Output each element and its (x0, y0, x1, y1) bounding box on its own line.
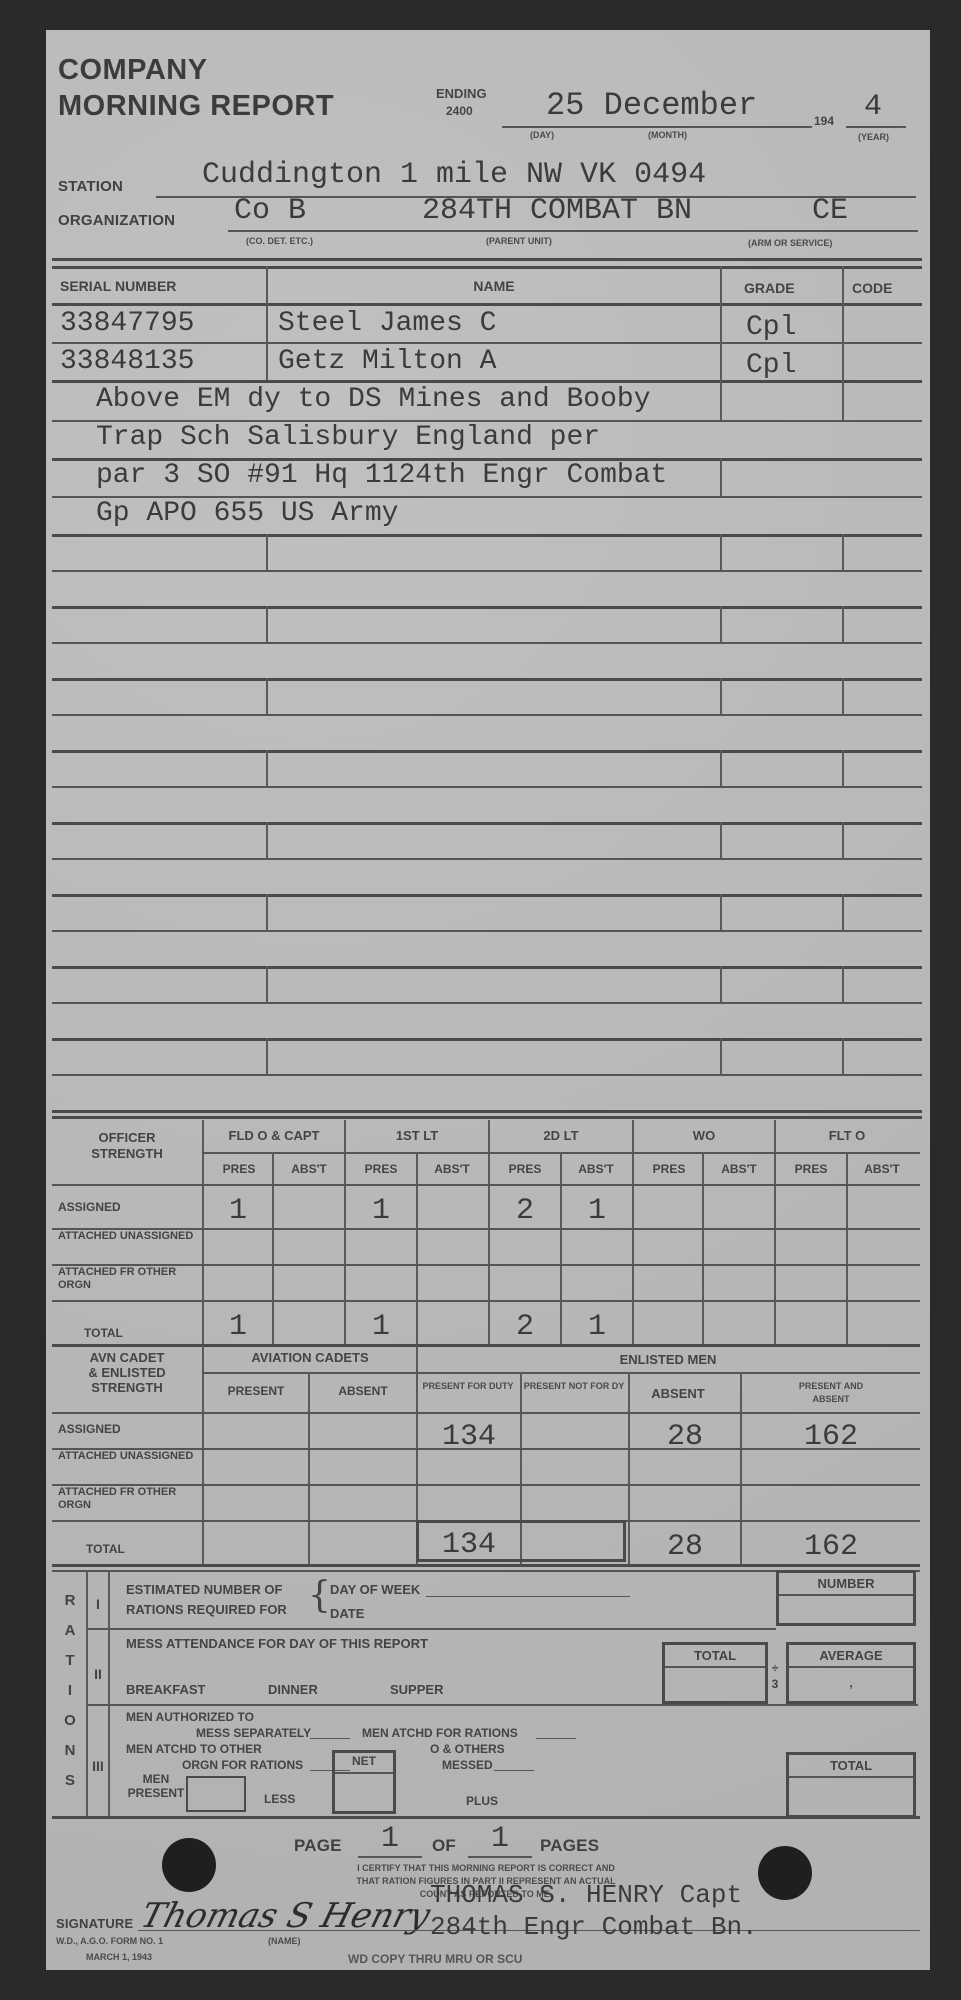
col-divider (266, 1038, 268, 1074)
supper-label: SUPPER (390, 1682, 443, 1697)
col-divider (842, 1038, 844, 1074)
col-divider (842, 966, 844, 1002)
officer-cell: 1 (346, 1196, 416, 1226)
report-year: 4 (864, 92, 882, 122)
col-divider (272, 1152, 274, 1320)
remarks-line: par 3 SO #91 Hq 1124th Engr Combat (96, 462, 667, 490)
label-line: MEN (126, 1772, 186, 1786)
sub-header-abst: ABS'T (704, 1162, 774, 1176)
atchd-rations-field[interactable] (536, 1738, 576, 1739)
col-divider (842, 266, 844, 380)
organization-underline (228, 230, 918, 232)
men-authorized-line1: MEN AUTHORIZED TO (126, 1710, 254, 1724)
day-of-week-field[interactable] (426, 1596, 630, 1597)
less-label: LESS (264, 1792, 295, 1806)
dinner-label: DINNER (268, 1682, 318, 1697)
page-underline (358, 1856, 422, 1858)
row-divider (52, 534, 922, 537)
col-divider (720, 266, 722, 380)
men-present-field[interactable] (186, 1776, 246, 1812)
col-divider (720, 822, 722, 858)
certify-line: I CERTIFY THAT THIS MORNING REPORT IS CO… (226, 1862, 746, 1875)
plus-label: PLUS (466, 1794, 498, 1808)
men-atchd-rations-label: MEN ATCHD FOR RATIONS (362, 1726, 518, 1740)
officer-cell: 2 (490, 1312, 560, 1342)
col-divider (846, 1152, 848, 1320)
col-divider (272, 1300, 274, 1346)
organization-parent-unit: 284TH COMBAT BN (422, 196, 692, 226)
date-underline (502, 126, 812, 128)
parent-unit-caption: (PARENT UNIT) (486, 236, 552, 246)
station-label: STATION (58, 178, 123, 195)
enlisted-cell: 28 (630, 1532, 740, 1562)
row-divider (52, 606, 922, 609)
col-divider (108, 1570, 110, 1818)
average-label: AVERAGE (789, 1648, 913, 1663)
row-label-attached-unassigned: ATTACHED UNASSIGNED (58, 1450, 198, 1463)
row-divider (86, 1628, 776, 1630)
col-divider (720, 750, 722, 786)
page-label: PAGE (294, 1836, 342, 1856)
brace-icon: { (308, 1578, 331, 1614)
title-line: AVN CADET (52, 1350, 202, 1365)
col-header: ABSENT (310, 1384, 416, 1398)
mess-attendance-heading: MESS ATTENDANCE FOR DAY OF THIS REPORT (126, 1636, 428, 1651)
col-header: PRESENT AND ABSENT (746, 1380, 916, 1406)
form-title-line1: COMPANY (58, 56, 208, 85)
row-divider (52, 894, 922, 897)
col-divider (842, 606, 844, 642)
header-grade: GRADE (744, 280, 795, 296)
soldier-name: Getz Milton A (278, 348, 496, 376)
month-caption: (MONTH) (648, 130, 687, 140)
report-date: 25 December (546, 90, 757, 122)
others-messed-line2: MESSED (442, 1758, 493, 1772)
col-divider (720, 1038, 722, 1074)
row-divider (52, 380, 922, 383)
col-divider (266, 966, 268, 1002)
group-aviation-cadets: AVIATION CADETS (204, 1350, 416, 1365)
net-label: NET (335, 1754, 393, 1768)
total-label: TOTAL (665, 1648, 765, 1663)
pages-underline (468, 1856, 532, 1858)
form-date: MARCH 1, 1943 (86, 1952, 152, 1962)
col-divider (488, 1300, 490, 1346)
ending-time: 2400 (446, 104, 473, 118)
row-divider (52, 1002, 922, 1004)
row-divider (52, 1564, 920, 1567)
station-value: Cuddington 1 mile NW VK 0494 (202, 160, 706, 190)
roster-header-divider (52, 303, 922, 306)
enlisted-cell: 134 (418, 1530, 520, 1560)
arm-caption: (ARM OR SERVICE) (748, 238, 832, 248)
officer-cell: 2 (490, 1196, 560, 1226)
header-name: NAME (272, 278, 716, 294)
col-divider (842, 894, 844, 930)
row-divider (52, 1344, 920, 1347)
part3-total-label: TOTAL (789, 1758, 913, 1773)
rations-estimated-line1: ESTIMATED NUMBER OF (126, 1582, 282, 1597)
form-title-line2: MORNING REPORT (58, 92, 334, 121)
sub-header-pres: PRES (346, 1162, 416, 1176)
col-divider (842, 534, 844, 570)
row-label-attached-other: ATTACHED FR OTHER ORGN (58, 1486, 198, 1512)
day-of-week-label: DAY OF WEEK (330, 1582, 420, 1597)
row-divider (52, 1110, 922, 1113)
col-divider (720, 678, 722, 714)
col-divider (266, 534, 268, 570)
col-divider (560, 1300, 562, 1346)
title-line: STRENGTH (52, 1146, 202, 1162)
year-prefix: 194 (814, 114, 834, 128)
men-atchd-other-line1: MEN ATCHD TO OTHER (126, 1742, 262, 1756)
average-value: , (789, 1676, 913, 1690)
organization-label: ORGANIZATION (58, 212, 175, 229)
row-divider (52, 786, 922, 788)
row-divider (52, 342, 922, 344)
group-header: FLT O (776, 1128, 918, 1143)
row-divider (52, 570, 922, 572)
sub-header-pres: PRES (204, 1162, 274, 1176)
mess-separately-field[interactable] (310, 1738, 350, 1739)
col-divider (720, 380, 722, 420)
side-letter: A (60, 1616, 80, 1646)
rations-estimated-line2: RATIONS REQUIRED FOR (126, 1602, 287, 1617)
row-divider (52, 1184, 920, 1186)
officer-cell: 1 (562, 1196, 632, 1226)
side-letter: I (60, 1676, 80, 1706)
row-divider (52, 822, 922, 825)
copy-note: WD COPY THRU MRU OR SCU (348, 1952, 522, 1966)
row-label-attached-other: ATTACHED FR OTHER ORGN (58, 1266, 198, 1292)
enlisted-cell: 162 (742, 1532, 920, 1562)
signature-label: SIGNATURE (56, 1916, 133, 1931)
company-caption: (CO. DET. ETC.) (246, 236, 313, 246)
row-divider (52, 966, 922, 969)
col-divider (202, 1300, 204, 1346)
row-label-total: TOTAL (84, 1326, 123, 1340)
day-caption: (DAY) (530, 130, 554, 140)
enlisted-strength-title: AVN CADET & ENLISTED STRENGTH (52, 1350, 202, 1395)
col-divider (266, 822, 268, 858)
breakfast-label: BREAKFAST (126, 1682, 205, 1697)
col-divider (202, 1346, 204, 1566)
soldier-name: Steel James C (278, 310, 496, 338)
col-divider (720, 606, 722, 642)
sub-header-abst: ABS'T (560, 1162, 632, 1176)
col-divider (720, 458, 722, 496)
men-present-label: MEN PRESENT (126, 1772, 186, 1800)
sub-header-pres: PRES (776, 1162, 846, 1176)
row-divider (52, 930, 922, 932)
col-divider (842, 822, 844, 858)
row-divider (52, 750, 922, 753)
men-authorized-line2: MESS SEPARATELY (196, 1726, 311, 1740)
col-divider (344, 1300, 346, 1346)
col-divider (416, 1152, 418, 1320)
col-divider (720, 894, 722, 930)
row-divider (52, 678, 922, 681)
organization-company: Co B (234, 196, 306, 226)
row-label-attached-unassigned: ATTACHED UNASSIGNED (58, 1230, 198, 1243)
of-label: OF (432, 1836, 456, 1856)
morning-report-form: COMPANY MORNING REPORT ENDING 2400 25 De… (46, 30, 930, 1970)
group-enlisted-men: ENLISTED MEN (418, 1352, 918, 1367)
serial-number: 33848135 (60, 348, 194, 376)
col-divider (702, 1300, 704, 1346)
year-underline (846, 126, 906, 128)
col-header: PRESENT (204, 1384, 308, 1398)
remarks-line: Above EM dy to DS Mines and Booby (96, 386, 651, 414)
signer-name: THOMAS S. HENRY Capt (430, 1882, 742, 1908)
part-numeral: III (88, 1758, 108, 1774)
name-caption: (NAME) (268, 1936, 301, 1946)
label-line: PRESENT (126, 1786, 186, 1800)
title-line: STRENGTH (52, 1380, 202, 1395)
side-letter: N (60, 1736, 80, 1766)
row-divider (779, 1594, 913, 1596)
col-divider (308, 1372, 310, 1566)
col-divider (560, 1152, 562, 1320)
col-divider (266, 750, 268, 786)
col-divider (842, 750, 844, 786)
col-divider (774, 1120, 776, 1320)
rations-side-label: R A T I O N S (60, 1586, 80, 1796)
sub-header-abst: ABS'T (416, 1162, 488, 1176)
group-header: 2D LT (490, 1128, 632, 1143)
col-divider (842, 678, 844, 714)
col-divider (842, 380, 844, 420)
divide-by-three: ÷ 3 (768, 1660, 782, 1692)
roster-top-border (52, 258, 922, 261)
row-divider (52, 1412, 920, 1414)
header-serial-number: SERIAL NUMBER (60, 278, 176, 294)
col-divider (632, 1120, 634, 1320)
col-divider (774, 1300, 776, 1346)
row-divider (789, 1776, 913, 1778)
rations-bottom-border (52, 1816, 920, 1819)
others-messed-field[interactable] (494, 1770, 534, 1771)
officer-cell: 1 (562, 1312, 632, 1342)
binder-hole-right (758, 1846, 812, 1900)
row-label-assigned: ASSIGNED (58, 1422, 121, 1436)
row-divider (86, 1704, 918, 1706)
others-messed-line1: O & OTHERS (430, 1742, 505, 1756)
row-divider (52, 714, 922, 716)
group-header: WO (634, 1128, 774, 1143)
row-divider (52, 1038, 922, 1041)
col-header: PRESENT NOT FOR DY (522, 1380, 626, 1393)
row-label-total: TOTAL (86, 1542, 125, 1556)
side-letter: R (60, 1586, 80, 1616)
number-label: NUMBER (779, 1576, 913, 1591)
title-line: & ENLISTED (52, 1365, 202, 1380)
col-divider (266, 894, 268, 930)
soldier-grade: Cpl (746, 314, 796, 342)
row-divider (665, 1666, 765, 1668)
title-line: OFFICER (52, 1130, 202, 1146)
form-number: W.D., A.G.O. FORM NO. 1 (56, 1936, 163, 1946)
col-divider (266, 606, 268, 642)
row-divider (52, 1074, 922, 1076)
col-divider (266, 678, 268, 714)
date-label: DATE (330, 1606, 364, 1621)
sub-header-abst: ABS'T (846, 1162, 918, 1176)
part-numeral: I (88, 1596, 108, 1612)
row-divider (52, 1300, 920, 1302)
col-divider (846, 1300, 848, 1346)
row-divider (52, 642, 922, 644)
col-divider (720, 534, 722, 570)
col-divider (632, 1300, 634, 1346)
col-divider (702, 1152, 704, 1320)
year-caption: (YEAR) (858, 132, 889, 142)
side-letter: S (60, 1766, 80, 1796)
soldier-grade: Cpl (746, 352, 796, 380)
sub-header-pres: PRES (634, 1162, 704, 1176)
remarks-line: Trap Sch Salisbury England per (96, 424, 600, 452)
part-numeral: II (88, 1666, 108, 1682)
organization-arm: CE (812, 196, 848, 226)
group-header: 1ST LT (346, 1128, 488, 1143)
officer-cell: 1 (346, 1312, 416, 1342)
roster-top-border-2 (52, 266, 922, 269)
sub-header-abst: ABS'T (274, 1162, 344, 1176)
row-divider (335, 1772, 393, 1774)
row-divider (789, 1666, 913, 1668)
col-divider (416, 1300, 418, 1346)
page-number: 1 (358, 1824, 422, 1854)
sub-header-pres: PRES (490, 1162, 560, 1176)
row-label-assigned: ASSIGNED (58, 1200, 121, 1214)
col-divider (266, 266, 268, 380)
remarks-line: Gp APO 655 US Army (96, 500, 398, 528)
roster-bottom-border (52, 1116, 922, 1119)
officer-cell: 1 (204, 1312, 272, 1342)
binder-hole-left (162, 1838, 216, 1892)
header-code: CODE (852, 280, 892, 296)
men-atchd-other-line2: ORGN FOR RATIONS (182, 1758, 303, 1772)
col-divider (720, 966, 722, 1002)
row-divider (52, 858, 922, 860)
officer-strength-title: OFFICER STRENGTH (52, 1130, 202, 1162)
side-letter: O (60, 1706, 80, 1736)
col-header: ABSENT (628, 1386, 728, 1401)
side-letter: T (60, 1646, 80, 1676)
officer-cell: 1 (204, 1196, 272, 1226)
pages-label: PAGES (540, 1836, 599, 1856)
ending-label: ENDING (436, 86, 487, 101)
col-header: PRESENT FOR DUTY (418, 1380, 518, 1393)
serial-number: 33847795 (60, 310, 194, 338)
signer-unit: 284th Engr Combat Bn. (430, 1914, 758, 1940)
group-header: FLD O & CAPT (204, 1128, 344, 1143)
total-pages: 1 (468, 1824, 532, 1854)
